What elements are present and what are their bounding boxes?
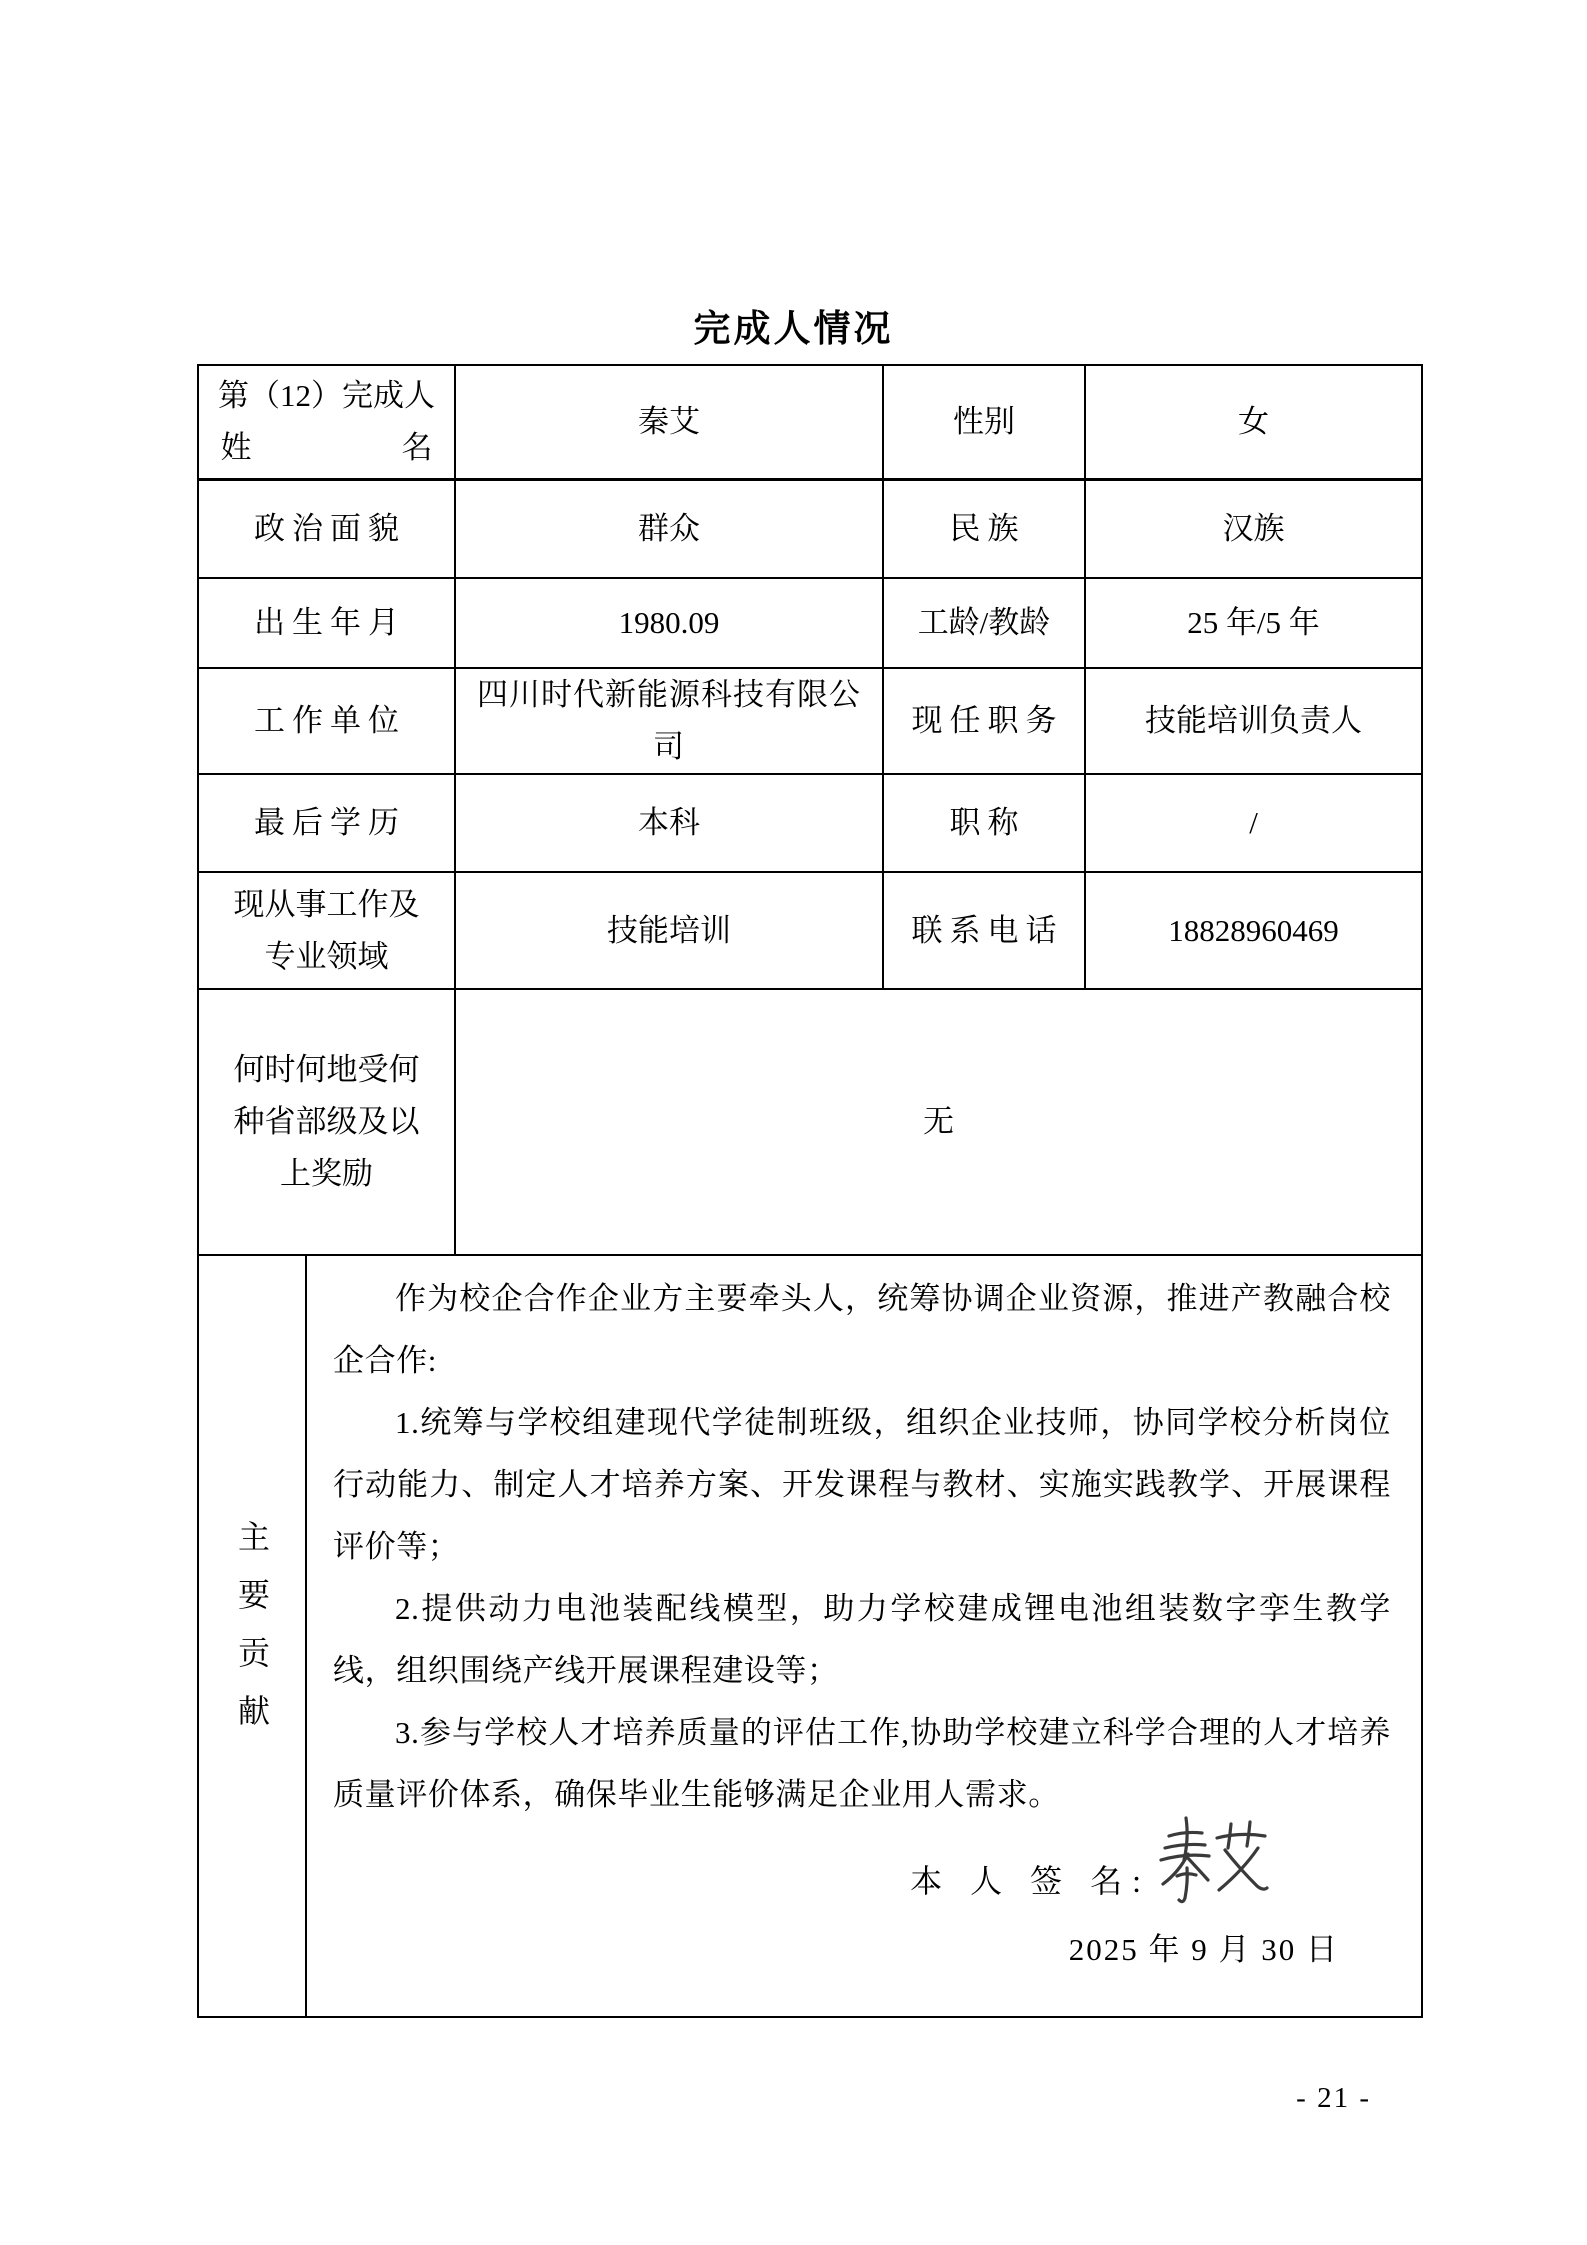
employer-name: 四川时代新能源科技有限公司 [473,669,865,773]
field-label-education: 最后学历 [199,775,454,871]
field-value-gender: 女 [1086,366,1421,478]
field-value-main-contribution: 作为校企合作企业方主要牵头人，统筹协调企业资源，推进产教融合校企合作: 1.统筹… [307,1256,1421,2016]
label-line: 专业领域 [265,931,389,983]
field-label-gender: 性别 [884,366,1084,478]
signature-label: 本 人 签 名: [910,1863,1151,1899]
field-value-current-work: 技能培训 [456,873,882,988]
contribution-paragraph: 1.统筹与学校组建现代学徒制班级，组织企业技师，协同学校分析岗位行动能力、制定人… [333,1392,1391,1578]
field-label-ethnicity: 民族 [884,481,1084,577]
label-char: 名 [402,422,433,474]
signature-date: 2025 年 9 月 30 日 [333,1928,1391,1972]
contribution-paragraph: 作为校企合作企业方主要牵头人，统筹协调企业资源，推进产教融合校企合作: [333,1268,1391,1392]
field-value-work-years: 25 年/5 年 [1086,579,1421,667]
field-label-awards: 何时何地受何 种省部级及以 上奖励 [199,990,454,1254]
field-value-education: 本科 [456,775,882,871]
field-value-completer-name: 秦艾 [456,366,882,478]
field-value-ethnicity: 汉族 [1086,481,1421,577]
signature-line: 本 人 签 名: [333,1828,1391,1920]
label-line: 上奖励 [280,1148,373,1200]
field-label-work-years: 工龄/教龄 [884,579,1084,667]
contribution-paragraph: 3.参与学校人才培养质量的评估工作,协助学校建立科学合理的人才培养质量评价体系，… [333,1702,1391,1826]
handwritten-signature [1155,1810,1273,1941]
field-label-main-contribution: 主要贡献 [199,1256,305,2016]
field-value-employer: 四川时代新能源科技有限公司 [456,669,882,773]
label-line: 何时何地受何 [234,1044,420,1096]
table-row-name: 第（12）完成人 姓 名 秦艾 性别 女 [199,366,1421,478]
label-char: 姓 [221,422,252,474]
table-row-employer: 工作单位 四川时代新能源科技有限公司 现任职务 技能培训负责人 [199,667,1421,773]
field-value-current-position: 技能培训负责人 [1086,669,1421,773]
field-label-current-work: 现从事工作及 专业领域 [199,873,454,988]
field-label-title: 职称 [884,775,1084,871]
field-label-phone: 联系电话 [884,873,1084,988]
field-label-employer: 工作单位 [199,669,454,773]
label-line: 第（12）完成人 [218,370,435,422]
label-line: 姓 名 [221,422,433,474]
table-row-current-work: 现从事工作及 专业领域 技能培训 联系电话 18828960469 [199,871,1421,988]
field-value-birth-date: 1980.09 [456,579,882,667]
document-page: 完成人情况 第（12）完成人 姓 名 秦艾 性别 女 政治面貌 群众 民族 [0,0,1587,2245]
table-row-awards: 何时何地受何 种省部级及以 上奖励 无 [199,988,1421,1254]
page-number: - 21 - [1296,2082,1371,2115]
label-line: 现从事工作及 [234,879,420,931]
field-label-completer-name: 第（12）完成人 姓 名 [199,366,454,478]
field-value-title: / [1086,775,1421,871]
field-label-political-status: 政治面貌 [199,481,454,577]
field-label-current-position: 现任职务 [884,669,1084,773]
table-row-political-status: 政治面貌 群众 民族 汉族 [199,478,1421,577]
contribution-paragraph: 2.提供动力电池装配线模型，助力学校建成锂电池组装数字孪生教学线，组织围绕产线开… [333,1578,1391,1702]
label-line: 种省部级及以 [234,1096,420,1148]
field-value-phone: 18828960469 [1086,873,1421,988]
field-label-birth-date: 出生年月 [199,579,454,667]
field-value-awards: 无 [456,990,1421,1254]
table-row-birth-date: 出生年月 1980.09 工龄/教龄 25 年/5 年 [199,577,1421,667]
table-row-main-contribution: 主要贡献 作为校企合作企业方主要牵头人，统筹协调企业资源，推进产教融合校企合作:… [199,1254,1421,2016]
completer-info-table: 第（12）完成人 姓 名 秦艾 性别 女 政治面貌 群众 民族 汉族 [197,364,1423,2018]
page-title: 完成人情况 [0,298,1587,352]
field-value-political-status: 群众 [456,481,882,577]
vertical-label: 主要贡献 [232,1520,272,1752]
table-row-education: 最后学历 本科 职称 / [199,773,1421,871]
